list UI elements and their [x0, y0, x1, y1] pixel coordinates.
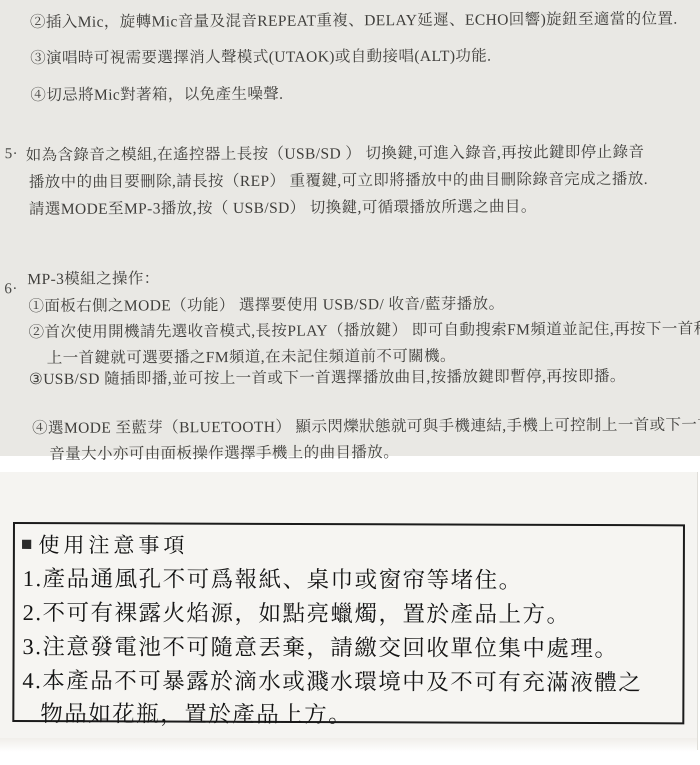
- notice-header: ■使用注意事項: [21, 529, 189, 560]
- item-6-sub-4a: ④選MODE 至藍芽（BLUETOOTH） 顯示閃爍狀態就可與手機連結,手機上可…: [32, 412, 700, 438]
- item-5-number: 5·: [5, 146, 18, 163]
- notice-line-2: 2.不可有裸露火焰源，如點亮蠟燭，置於產品上方。: [23, 595, 571, 629]
- notice-line-4-continued: 物品如花瓶，置於產品上方。: [40, 696, 352, 729]
- item-6-sub-2a: ②首次使用開機請先選收音模式,長按PLAY（播放鍵） 即可自動搜索FM頻道並記住…: [29, 316, 700, 342]
- instructions-section: ②插入Mic，旋轉Mic音量及混音REPEAT重複、DELAY延遲、ECHO回響…: [0, 0, 700, 456]
- notice-title: 使用注意事項: [38, 533, 188, 558]
- item-5-line-3: 請選MODE至MP-3播放,按（ USB/SD） 切換鍵,可循環播放所選之曲目。: [29, 194, 537, 219]
- item-6-sub-1: ①面板右側之MODE（功能） 選擇要使用 USB/SD/ 收音/藍芽播放。: [28, 292, 504, 316]
- mic-instruction-4: ④切忌將Mic對著箱，以免產生噪聲.: [30, 82, 283, 105]
- scan-bottom-edge: [0, 738, 697, 752]
- notice-line-4: 4.本產品不可暴露於滴水或濺水環境中及不可有充滿液體之: [22, 663, 642, 697]
- item-6-sub-3: ③USB/SD 隨插即播,並可按上一首或下一首選擇播放曲目,按播放鍵即暫停,再按…: [29, 364, 626, 389]
- item-5-line-1: 如為含錄音之模組,在遙控器上長按（USB/SD ） 切換鍵,可進入錄音,再按此鍵…: [26, 140, 645, 165]
- black-square-icon: ■: [21, 534, 33, 556]
- instructions-text-block: ②插入Mic，旋轉Mic音量及混音REPEAT重複、DELAY延遲、ECHO回響…: [0, 0, 700, 456]
- scanned-manual-page: ②插入Mic，旋轉Mic音量及混音REPEAT重複、DELAY延遲、ECHO回響…: [0, 0, 700, 765]
- usage-notice-box: ■使用注意事項 1.產品通風孔不可爲報紙、桌巾或窗帘等堵住。 2.不可有裸露火焰…: [12, 522, 685, 724]
- mic-instruction-3: ③演唱時可視需要選擇消人聲模式(UTAOK)或自動接唱(ALT)功能.: [30, 44, 491, 68]
- notice-line-1: 1.產品通風孔不可爲報紙、桌巾或窗帘等堵住。: [23, 561, 523, 595]
- item-6-sub-4b: 音量大小亦可由面板操作選擇手機上的曲目播放。: [49, 440, 399, 464]
- notice-line-3: 3.注意發電池不可隨意丟棄，請繳交回收單位集中處理。: [23, 629, 619, 663]
- item-6-number: 6·: [4, 281, 17, 298]
- item-5-line-2: 播放中的曲目要刪除,請長按（REP） 重覆鍵,可立即將播放中的曲目刪除錄音完成之…: [29, 167, 648, 192]
- item-6-title: MP-3模組之操作：: [27, 266, 159, 289]
- mic-instruction-2: ②插入Mic，旋轉Mic音量及混音REPEAT重複、DELAY延遲、ECHO回響…: [30, 7, 678, 32]
